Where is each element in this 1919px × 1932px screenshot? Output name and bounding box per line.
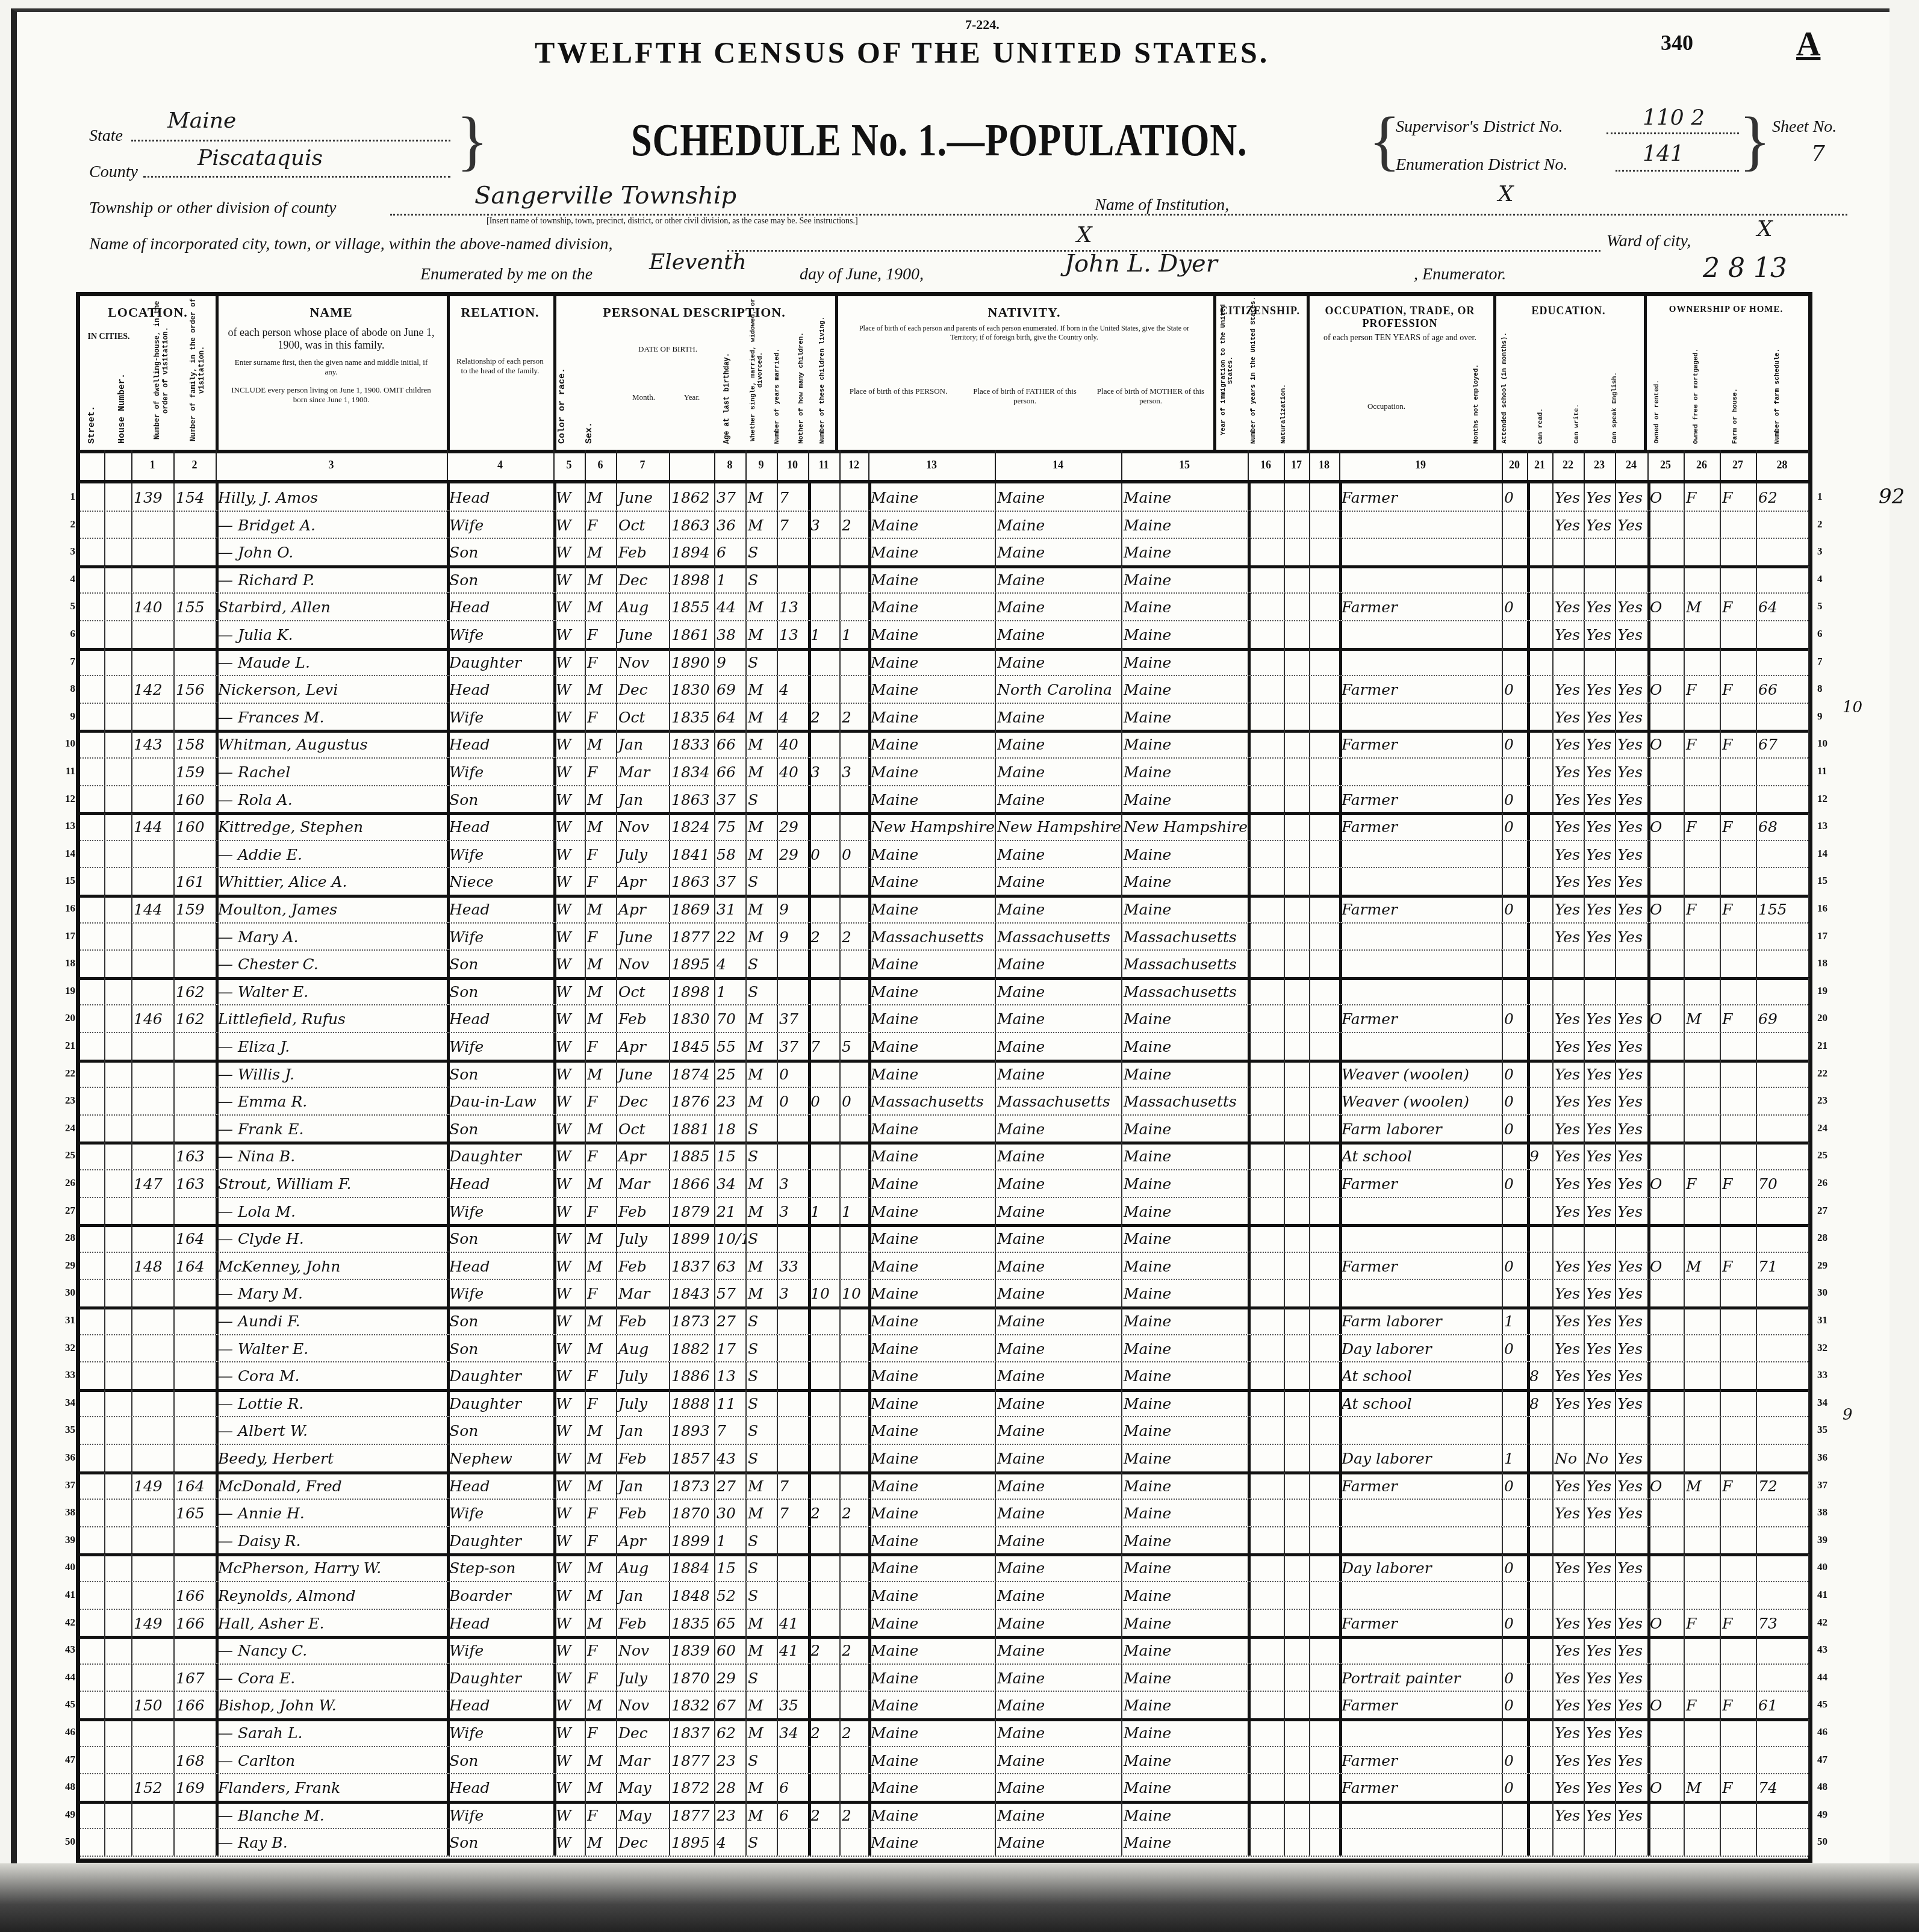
- cell-cl: [839, 566, 871, 593]
- cell-pob: Maine: [868, 483, 996, 511]
- cell-sch: [1527, 1335, 1554, 1362]
- row-number-left: 10: [54, 738, 75, 750]
- cell-mo: [808, 1060, 841, 1087]
- row-number-right: 45: [1817, 1698, 1827, 1710]
- cell-fam: 161: [173, 868, 219, 895]
- cell-color: W: [553, 1664, 586, 1691]
- table-row: 16144159Moulton, JamesHeadWMApr186931M9M…: [80, 895, 1808, 924]
- column-number: 6: [585, 450, 617, 480]
- cell-read: No: [1552, 1444, 1585, 1471]
- cell-unemp: [1502, 621, 1530, 648]
- header-can-speak: Can speak English.: [1611, 372, 1619, 444]
- cell-pob: Maine: [868, 676, 996, 703]
- enumerated-suffix: day of June, 1900,: [800, 265, 924, 284]
- cell-mo: [808, 1390, 841, 1417]
- cell-occ: [1339, 648, 1503, 676]
- cell-mar: M: [745, 923, 778, 950]
- cell-pobm: Maine: [1121, 593, 1251, 620]
- cell-sex: M: [585, 978, 617, 1005]
- cell-empty: [1248, 1335, 1285, 1362]
- cell-empty: [1248, 1472, 1285, 1499]
- row-number-right: 2: [1817, 518, 1823, 530]
- cell-empty: [80, 648, 105, 676]
- cell-own: [1647, 703, 1685, 730]
- cell-read: Yes: [1552, 1335, 1585, 1362]
- cell-read: Yes: [1552, 1554, 1585, 1581]
- cell-fs: 69: [1756, 1005, 1809, 1032]
- cell-month: Mar: [616, 1747, 670, 1774]
- row-number-left: 21: [54, 1040, 75, 1052]
- cell-read: [1552, 566, 1585, 593]
- cell-write: [1584, 1828, 1616, 1856]
- cell-speak: Yes: [1615, 1499, 1650, 1526]
- cell-write: Yes: [1584, 1747, 1616, 1774]
- cell-month: Feb: [616, 1609, 670, 1636]
- cell-mo: 0: [808, 1087, 841, 1114]
- cell-empty: [80, 566, 105, 593]
- cell-unemp: [1502, 1033, 1530, 1060]
- cell-empty: [104, 1005, 132, 1032]
- cell-ym: [777, 648, 811, 676]
- cell-age: 55: [714, 1033, 747, 1060]
- cell-year: 1879: [669, 1197, 715, 1225]
- cell-pob: Maine: [868, 1472, 996, 1499]
- cell-empty: [80, 621, 105, 648]
- cell-sch: [1527, 923, 1554, 950]
- cell-month: May: [616, 1774, 670, 1801]
- cell-age: 17: [714, 1335, 747, 1362]
- table-row: 3— John O.SonWMFeb18946SMaineMaineMaine3: [80, 538, 1808, 568]
- cell-sex: M: [585, 1005, 617, 1032]
- cell-sex: F: [585, 648, 617, 676]
- header-can-write: Can write.: [1573, 404, 1581, 444]
- cell-empty: [80, 1472, 105, 1499]
- cell-color: W: [553, 1691, 586, 1718]
- cell-month: July: [616, 1390, 670, 1417]
- cell-speak: Yes: [1615, 730, 1650, 757]
- cell-color: W: [553, 1582, 586, 1609]
- cell-mo: [808, 1115, 841, 1142]
- cell-empty: [1248, 703, 1285, 730]
- header-years-married: Number of years married.: [774, 349, 781, 444]
- cell-cl: [839, 1005, 871, 1032]
- cell-name: Flanders, Frank: [216, 1774, 450, 1801]
- cell-fs: [1756, 758, 1809, 785]
- cell-mo: [808, 1554, 841, 1581]
- cell-write: Yes: [1584, 621, 1616, 648]
- cell-speak: Yes: [1615, 1142, 1650, 1169]
- cell-fs: [1756, 1087, 1809, 1114]
- cell-fam: [173, 1307, 219, 1334]
- cell-occ: Farmer: [1339, 730, 1503, 757]
- cell-sch: [1527, 1444, 1554, 1471]
- cell-occ: Farmer: [1339, 1747, 1503, 1774]
- cell-ym: [777, 1527, 811, 1554]
- table-row: 23— Emma R.Dau-in-LawWFDec187623M000Mass…: [80, 1087, 1808, 1116]
- cell-empty: [1284, 1060, 1310, 1087]
- cell-empty: [104, 1499, 132, 1526]
- table-row: 26147163Strout, William F.HeadWMMar18663…: [80, 1170, 1808, 1198]
- cell-speak: Yes: [1615, 1719, 1650, 1746]
- cell-write: Yes: [1584, 511, 1616, 538]
- cell-own: [1647, 758, 1685, 785]
- cell-farm: F: [1720, 1005, 1757, 1032]
- cell-mo: [808, 1252, 841, 1279]
- cell-year: 1894: [669, 538, 715, 565]
- cell-cl: 10: [839, 1279, 871, 1306]
- cell-occ: At school: [1339, 1362, 1503, 1389]
- cell-cl: [839, 483, 871, 511]
- cell-age: 7: [714, 1417, 747, 1444]
- cell-empty: [1309, 840, 1342, 868]
- cell-year: 1872: [669, 1774, 715, 1801]
- cell-empty: [1248, 1197, 1285, 1225]
- cell-read: [1552, 1417, 1585, 1444]
- cell-speak: Yes: [1615, 593, 1650, 620]
- table-row: 9— Frances M.WifeWFOct183564M422MaineMai…: [80, 703, 1808, 733]
- cell-empty: [1248, 538, 1285, 565]
- cell-speak: Yes: [1615, 923, 1650, 950]
- cell-mo: 2: [808, 1801, 841, 1828]
- cell-fam: 160: [173, 813, 219, 840]
- cell-write: Yes: [1584, 1691, 1616, 1718]
- cell-empty: [1248, 1362, 1285, 1389]
- cell-empty: [1248, 1279, 1285, 1306]
- table-row: 4— Richard P.SonWMDec18981SMaineMaineMai…: [80, 566, 1808, 594]
- cell-pob: Maine: [868, 621, 996, 648]
- cell-pob: Maine: [868, 1444, 996, 1471]
- cell-free: F: [1684, 813, 1721, 840]
- cell-pob: Maine: [868, 758, 996, 785]
- cell-empty: [80, 1554, 105, 1581]
- cell-cl: [839, 1170, 871, 1197]
- cell-empty: [1309, 1554, 1342, 1581]
- cell-name: — Lottie R.: [216, 1390, 450, 1417]
- cell-mar: M: [745, 813, 778, 840]
- row-number-left: 34: [54, 1397, 75, 1409]
- cell-ym: 40: [777, 730, 811, 757]
- header-street: Street.: [87, 406, 97, 444]
- cell-empty: [1248, 648, 1285, 676]
- cell-read: Yes: [1552, 840, 1585, 868]
- cell-free: [1684, 840, 1721, 868]
- cell-fam: 162: [173, 1005, 219, 1032]
- cell-mo: 2: [808, 703, 841, 730]
- cell-fam: [173, 1279, 219, 1306]
- cell-year: 1830: [669, 676, 715, 703]
- cell-pobf: Maine: [995, 566, 1122, 593]
- cell-sch: [1527, 1033, 1554, 1060]
- cell-month: Mar: [616, 758, 670, 785]
- cell-dw: [131, 566, 175, 593]
- cell-empty: [1309, 1417, 1342, 1444]
- cell-pobf: Maine: [995, 1060, 1122, 1087]
- cell-pob: Maine: [868, 786, 996, 813]
- cell-free: [1684, 1554, 1721, 1581]
- header-owned: Owned or rented.: [1653, 380, 1661, 444]
- cell-dw: [131, 648, 175, 676]
- cell-farm: [1720, 1499, 1757, 1526]
- cell-sch: [1527, 538, 1554, 565]
- cell-fs: [1756, 978, 1809, 1005]
- cell-empty: [104, 1636, 132, 1663]
- cell-occ: Farmer: [1339, 895, 1503, 922]
- cell-sex: M: [585, 1691, 617, 1718]
- cell-cl: 2: [839, 511, 871, 538]
- enumerator-name: John L. Dyer: [1065, 250, 1218, 278]
- cell-pobm: Maine: [1121, 1691, 1251, 1718]
- cell-empty: [1284, 1747, 1310, 1774]
- cell-occ: Farmer: [1339, 1691, 1503, 1718]
- column-number: 26: [1684, 450, 1721, 480]
- enumerator-label: , Enumerator.: [1414, 265, 1506, 284]
- cell-write: Yes: [1584, 1279, 1616, 1306]
- cell-pobf: Maine: [995, 1005, 1122, 1032]
- cell-fam: [173, 648, 219, 676]
- cell-cl: [839, 813, 871, 840]
- cell-pobm: Maine: [1121, 1362, 1251, 1389]
- cell-pobf: Maine: [995, 1444, 1122, 1471]
- cell-pobf: Maine: [995, 1472, 1122, 1499]
- header-dwelling: Number of dwelling-house, in the order o…: [153, 296, 170, 444]
- cell-read: Yes: [1552, 1060, 1585, 1087]
- cell-unemp: [1502, 1828, 1530, 1856]
- state-value: Maine: [167, 108, 236, 133]
- cell-fam: [173, 950, 219, 977]
- cell-write: Yes: [1584, 1307, 1616, 1334]
- cell-empty: [1309, 978, 1342, 1005]
- cell-month: Oct: [616, 978, 670, 1005]
- cell-pobf: Maine: [995, 1115, 1122, 1142]
- cell-empty: [1284, 1033, 1310, 1060]
- cell-ym: [777, 1362, 811, 1389]
- row-number-right: 50: [1817, 1836, 1827, 1848]
- cell-empty: [1248, 1582, 1285, 1609]
- cell-mo: [808, 566, 841, 593]
- cell-write: Yes: [1584, 1609, 1616, 1636]
- cell-name: — Mary M.: [216, 1279, 450, 1306]
- cell-free: [1684, 621, 1721, 648]
- cell-own: [1647, 1499, 1685, 1526]
- cell-fs: [1756, 621, 1809, 648]
- cell-speak: Yes: [1615, 1609, 1650, 1636]
- cell-speak: Yes: [1615, 1636, 1650, 1663]
- cell-read: Yes: [1552, 1499, 1585, 1526]
- cell-name: — Rachel: [216, 758, 450, 785]
- cell-unemp: 0: [1502, 1774, 1530, 1801]
- cell-sch: [1527, 1719, 1554, 1746]
- cell-mo: [808, 730, 841, 757]
- row-number-left: 27: [54, 1205, 75, 1217]
- cell-empty: [1309, 1527, 1342, 1554]
- cell-speak: Yes: [1615, 1801, 1650, 1828]
- cell-empty: [1309, 1060, 1342, 1087]
- cell-pob: Maine: [868, 978, 996, 1005]
- cell-dw: [131, 1307, 175, 1334]
- cell-pobm: Massachusetts: [1121, 1087, 1251, 1114]
- table-row: 31— Aundi F.SonWMFeb187327SMaineMaineMai…: [80, 1307, 1808, 1335]
- cell-ym: 6: [777, 1801, 811, 1828]
- cell-own: [1647, 1582, 1685, 1609]
- cell-dw: [131, 1801, 175, 1828]
- cell-empty: [1248, 1252, 1285, 1279]
- row-number-right: 39: [1817, 1534, 1827, 1546]
- margin-note-row35: 9: [1843, 1406, 1853, 1424]
- cell-free: [1684, 648, 1721, 676]
- cell-free: [1684, 1582, 1721, 1609]
- cell-mar: M: [745, 676, 778, 703]
- cell-month: Apr: [616, 895, 670, 922]
- cell-sch: [1527, 676, 1554, 703]
- cell-empty: [1248, 813, 1285, 840]
- column-number: 24: [1615, 450, 1649, 480]
- cell-name: — Richard P.: [216, 566, 450, 593]
- cell-sex: M: [585, 1444, 617, 1471]
- cell-dw: 140: [131, 593, 175, 620]
- cell-speak: Yes: [1615, 1554, 1650, 1581]
- cell-age: 10/12: [714, 1225, 747, 1252]
- cell-month: Aug: [616, 1554, 670, 1581]
- cell-empty: [80, 1444, 105, 1471]
- cell-pobm: Maine: [1121, 483, 1251, 511]
- cell-sch: [1527, 1472, 1554, 1499]
- cell-month: Feb: [616, 1444, 670, 1471]
- cell-dw: [131, 1417, 175, 1444]
- row-number-right: 26: [1817, 1177, 1827, 1189]
- cell-age: 1: [714, 1527, 747, 1554]
- cell-name: — Addie E.: [216, 840, 450, 868]
- table-row: 7— Maude L.DaughterWFNov18909SMaineMaine…: [80, 648, 1808, 677]
- cell-rel: Daughter: [447, 1390, 556, 1417]
- cell-age: 27: [714, 1307, 747, 1334]
- cell-empty: [80, 895, 105, 922]
- cell-sex: F: [585, 923, 617, 950]
- cell-fs: [1756, 1060, 1809, 1087]
- cell-month: Feb: [616, 1252, 670, 1279]
- cell-write: Yes: [1584, 1087, 1616, 1114]
- cell-ym: 41: [777, 1609, 811, 1636]
- cell-color: W: [553, 1060, 586, 1087]
- cell-pob: Maine: [868, 1362, 996, 1389]
- table-row: 10143158Whitman, AugustusHeadWMJan183366…: [80, 730, 1808, 759]
- cell-month: Apr: [616, 1527, 670, 1554]
- header-years-us: Number of years in the United States.: [1250, 297, 1257, 444]
- column-number: 13: [868, 450, 996, 480]
- cell-mo: [808, 950, 841, 977]
- cell-speak: Yes: [1615, 511, 1650, 538]
- cell-year: 1870: [669, 1499, 715, 1526]
- cell-cl: 3: [839, 758, 871, 785]
- cell-fs: [1756, 1225, 1809, 1252]
- cell-color: W: [553, 511, 586, 538]
- cell-write: [1584, 1225, 1616, 1252]
- cell-empty: [1284, 1801, 1310, 1828]
- cell-empty: [104, 1417, 132, 1444]
- cell-month: Oct: [616, 511, 670, 538]
- cell-free: [1684, 1033, 1721, 1060]
- cell-occ: [1339, 950, 1503, 977]
- cell-empty: [104, 1279, 132, 1306]
- cell-read: [1552, 1527, 1585, 1554]
- cell-sch: 8: [1527, 1390, 1554, 1417]
- cell-read: Yes: [1552, 786, 1585, 813]
- header-ownership: OWNERSHIP OF HOME. Owned or rented. Owne…: [1644, 296, 1808, 450]
- cell-sex: F: [585, 840, 617, 868]
- cell-dw: 144: [131, 895, 175, 922]
- cell-year: 1869: [669, 895, 715, 922]
- cell-pobm: Massachusetts: [1121, 923, 1251, 950]
- cell-rel: Son: [447, 566, 556, 593]
- cell-sex: F: [585, 1664, 617, 1691]
- cell-color: W: [553, 1719, 586, 1746]
- cell-fam: [173, 511, 219, 538]
- column-number: 16: [1248, 450, 1285, 480]
- cell-year: 1857: [669, 1444, 715, 1471]
- cell-name: Hilly, J. Amos: [216, 483, 450, 511]
- cell-mo: [808, 1444, 841, 1471]
- cell-cl: [839, 950, 871, 977]
- cell-month: Mar: [616, 1170, 670, 1197]
- cell-write: [1584, 1582, 1616, 1609]
- cell-year: 1899: [669, 1225, 715, 1252]
- cell-pob: Maine: [868, 1060, 996, 1087]
- cell-occ: [1339, 703, 1503, 730]
- cell-empty: [80, 593, 105, 620]
- cell-rel: Niece: [447, 868, 556, 895]
- cell-occ: Day laborer: [1339, 1335, 1503, 1362]
- cell-year: 1863: [669, 786, 715, 813]
- cell-free: [1684, 923, 1721, 950]
- cell-sex: F: [585, 1279, 617, 1306]
- cell-empty: [1248, 950, 1285, 977]
- cell-sch: [1527, 1087, 1554, 1114]
- cell-mar: S: [745, 1664, 778, 1691]
- cell-empty: [1309, 923, 1342, 950]
- cell-mo: [808, 1828, 841, 1856]
- cell-empty: [1284, 483, 1310, 511]
- cell-unemp: [1502, 511, 1530, 538]
- cell-speak: Yes: [1615, 1197, 1650, 1225]
- cell-empty: [80, 483, 105, 511]
- cell-unemp: [1502, 1719, 1530, 1746]
- cell-empty: [1309, 1197, 1342, 1225]
- county-line: [143, 176, 450, 178]
- cell-write: No: [1584, 1444, 1616, 1471]
- cell-age: 28: [714, 1774, 747, 1801]
- header-can-read: Can read.: [1537, 408, 1544, 444]
- cell-pobf: Maine: [995, 1252, 1122, 1279]
- cell-fs: 68: [1756, 813, 1809, 840]
- cell-age: 58: [714, 840, 747, 868]
- cell-cl: [839, 1417, 871, 1444]
- cell-read: Yes: [1552, 1609, 1585, 1636]
- cell-pob: Maine: [868, 703, 996, 730]
- cell-ym: 3: [777, 1197, 811, 1225]
- row-number-right: 11: [1817, 765, 1827, 777]
- cell-rel: Wife: [447, 1033, 556, 1060]
- cell-write: Yes: [1584, 1142, 1616, 1169]
- cell-color: W: [553, 1527, 586, 1554]
- cell-ym: 4: [777, 676, 811, 703]
- cell-read: Yes: [1552, 1747, 1585, 1774]
- cell-color: W: [553, 1225, 586, 1252]
- cell-empty: [1309, 1636, 1342, 1663]
- cell-dw: [131, 868, 175, 895]
- cell-month: June: [616, 1060, 670, 1087]
- cell-speak: Yes: [1615, 1472, 1650, 1499]
- cell-fam: 154: [173, 483, 219, 511]
- cell-unemp: [1502, 1527, 1530, 1554]
